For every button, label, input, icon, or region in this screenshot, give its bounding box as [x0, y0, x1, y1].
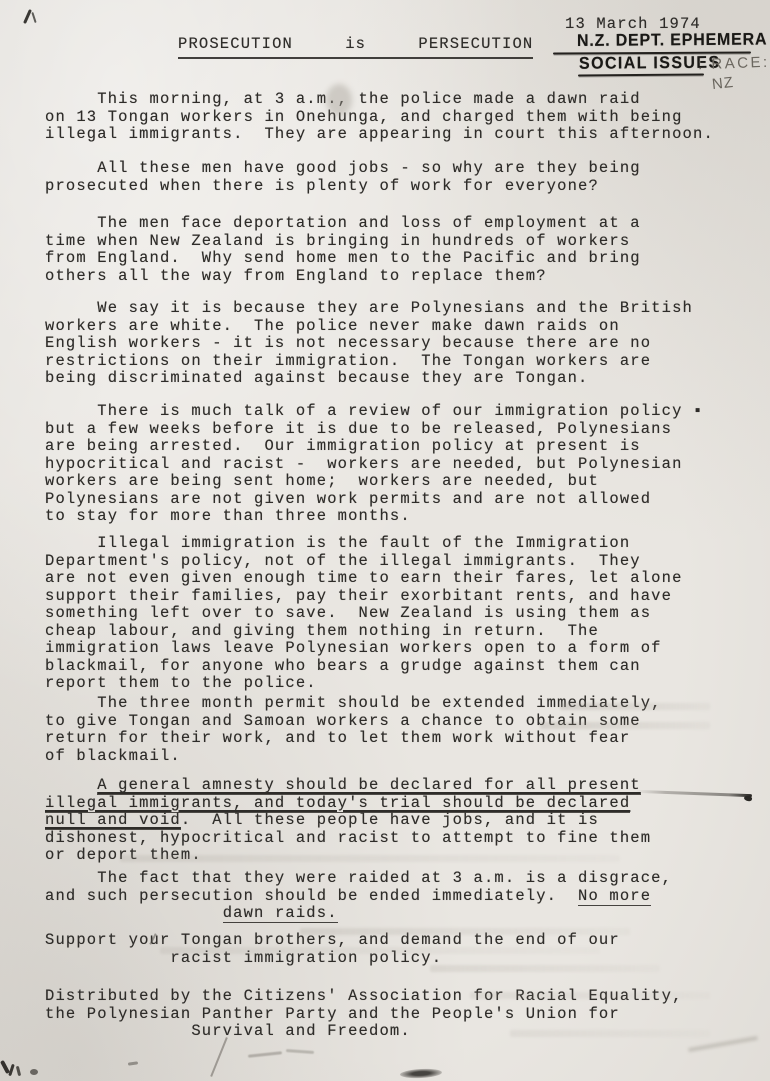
text-segment: The men face deportation and loss of emp…	[45, 214, 641, 232]
text-segment: Polynesians are not given work permits a…	[45, 490, 651, 508]
text-segment: on 13 Tongan workers in Onehunga, and ch…	[45, 108, 683, 126]
text-segment: illegal immigrants, and today's trial sh…	[45, 794, 630, 813]
paragraph: Illegal immigration is the fault of the …	[45, 535, 683, 693]
text-segment: There is much talk of a review of our im…	[45, 402, 703, 420]
paragraph: The fact that they were raided at 3 a.m.…	[45, 870, 672, 923]
text-line: Illegal immigration is the fault of the …	[45, 535, 683, 553]
text-segment: blackmail, for anyone who bears a grudge…	[45, 657, 641, 675]
text-line: We say it is because they are Polynesian…	[45, 300, 693, 318]
paragraph: This morning, at 3 a.m., the police made…	[45, 91, 714, 144]
text-line: workers are being sent home; workers are…	[45, 473, 703, 491]
text-line: on 13 Tongan workers in Onehunga, and ch…	[45, 109, 714, 127]
text-segment: prosecuted when there is plenty of work …	[45, 177, 599, 195]
text-line: to stay for more than three months.	[45, 508, 703, 526]
text-segment: Department's policy, not of the illegal …	[45, 552, 641, 570]
ghost-text-smudge	[160, 947, 600, 954]
text-segment: something left over to save. New Zealand…	[45, 604, 651, 622]
ghost-text-smudge	[540, 722, 710, 729]
smudge-mark	[286, 1049, 314, 1054]
text-segment: others all the way from England to repla…	[45, 267, 547, 285]
text-line: All these men have good jobs - so why ar…	[45, 160, 641, 178]
text-segment: restrictions on their immigration. The T…	[45, 352, 651, 370]
ghost-text-smudge	[430, 965, 660, 972]
text-segment: illegal immigrants. They are appearing i…	[45, 125, 714, 143]
text-segment: but a few weeks before it is due to be r…	[45, 420, 672, 438]
text-segment: the Polynesian Panther Party and the Peo…	[45, 1005, 620, 1023]
text-line: illegal immigrants. They are appearing i…	[45, 126, 714, 144]
ink-smudge	[400, 1068, 442, 1079]
text-line: The fact that they were raided at 3 a.m.…	[45, 870, 672, 888]
paragraph: A general amnesty should be declared for…	[45, 777, 651, 865]
paper-blemish	[326, 84, 352, 116]
ink-dot	[30, 1069, 38, 1075]
text-line: blackmail, for anyone who bears a grudge…	[45, 658, 683, 676]
text-segment: to stay for more than three months.	[45, 507, 411, 525]
text-line: null and void. All these people have job…	[45, 812, 651, 830]
text-line: There is much talk of a review of our im…	[45, 403, 703, 421]
text-line: workers are white. The police never make…	[45, 318, 693, 336]
text-segment: A general amnesty should be declared for…	[97, 776, 640, 795]
text-segment: support their families, pay their exorbi…	[45, 587, 672, 605]
handwritten-category-note: : RACE:	[698, 54, 770, 73]
text-line: of blackmail.	[45, 748, 662, 766]
ink-scribble	[16, 1066, 21, 1076]
text-line: but a few weeks before it is due to be r…	[45, 421, 703, 439]
text-segment: hypocritical and racist - workers are ne…	[45, 455, 683, 473]
text-line: return for their work, and to let them w…	[45, 730, 662, 748]
text-segment: No more	[578, 887, 651, 906]
text-segment: English workers - it is not necessary be…	[45, 334, 651, 352]
text-segment: report them to the police.	[45, 674, 317, 692]
text-line: are being arrested. Our immigration poli…	[45, 438, 703, 456]
text-line: prosecuted when there is plenty of work …	[45, 178, 641, 196]
text-segment: dishonest, hypocritical and racist to at…	[45, 829, 651, 847]
ghost-text-smudge	[560, 703, 710, 710]
text-line: support their families, pay their exorbi…	[45, 588, 683, 606]
text-line: hypocritical and racist - workers are ne…	[45, 456, 703, 474]
archive-stamp-ephemera: N.Z. DEPT. EPHEMERA	[577, 31, 767, 51]
text-segment: are not even given enough time to earn t…	[45, 569, 683, 587]
ink-scribble	[8, 1064, 15, 1076]
ghost-text-smudge	[120, 855, 620, 862]
paragraph: We say it is because they are Polynesian…	[45, 300, 693, 388]
text-segment: of blackmail.	[45, 747, 181, 765]
text-line: This morning, at 3 a.m., the police made…	[45, 91, 714, 109]
handwritten-region-note: NZ	[711, 74, 735, 93]
text-line: English workers - it is not necessary be…	[45, 335, 693, 353]
text-segment: . All these people have jobs, and it is	[181, 811, 599, 829]
text-line: cheap labour, and giving them nothing in…	[45, 623, 683, 641]
paragraph: All these men have good jobs - so why ar…	[45, 160, 641, 195]
text-line: The men face deportation and loss of emp…	[45, 215, 641, 233]
text-line: restrictions on their immigration. The T…	[45, 353, 693, 371]
text-segment: workers are white. The police never make…	[45, 317, 620, 335]
text-segment: dawn raids.	[223, 904, 338, 923]
pen-stroke-mark	[636, 790, 752, 797]
page-title: PROSECUTION is PERSECUTION	[178, 36, 533, 59]
text-segment: The fact that they were raided at 3 a.m.…	[45, 869, 672, 887]
text-line: being discriminated against because they…	[45, 370, 693, 388]
pen-stroke-tip	[743, 795, 752, 802]
text-segment: We say it is because they are Polynesian…	[45, 299, 693, 317]
smudge-mark	[248, 1051, 282, 1058]
scanned-flyer-page: 13 March 1974 N.Z. DEPT. EPHEMERA SOCIAL…	[0, 0, 770, 1081]
text-segment: workers are being sent home; workers are…	[45, 472, 599, 490]
text-segment: All these men have good jobs - so why ar…	[45, 159, 641, 177]
text-line: Department's policy, not of the illegal …	[45, 553, 683, 571]
paragraph: The men face deportation and loss of emp…	[45, 215, 641, 285]
stamp-underline	[578, 73, 704, 76]
text-line: time when New Zealand is bringing in hun…	[45, 233, 641, 251]
smudge-mark	[688, 1036, 758, 1052]
text-line: from England. Why send home men to the P…	[45, 250, 641, 268]
pencil-slash-mark	[210, 1037, 228, 1077]
text-segment: immigration laws leave Polynesian worker…	[45, 639, 662, 657]
text-segment: time when New Zealand is bringing in hun…	[45, 232, 630, 250]
text-segment: Illegal immigration is the fault of the …	[45, 534, 630, 552]
text-segment	[45, 904, 223, 922]
ghost-text-smudge	[470, 992, 710, 999]
paragraph: There is much talk of a review of our im…	[45, 403, 703, 526]
ink-scribble	[31, 12, 36, 23]
text-line: something left over to save. New Zealand…	[45, 605, 683, 623]
text-line: the Polynesian Panther Party and the Peo…	[45, 1006, 683, 1024]
text-segment	[45, 776, 97, 794]
text-line: are not even given enough time to earn t…	[45, 570, 683, 588]
text-line: report them to the police.	[45, 675, 683, 693]
text-line: dishonest, hypocritical and racist to at…	[45, 830, 651, 848]
text-segment: and such persecution should be ended imm…	[45, 887, 578, 905]
text-line: immigration laws leave Polynesian worker…	[45, 640, 683, 658]
text-segment: being discriminated against because they…	[45, 369, 588, 387]
text-line: others all the way from England to repla…	[45, 268, 641, 286]
text-segment: null and void	[45, 811, 181, 830]
text-segment: return for their work, and to let them w…	[45, 729, 630, 747]
text-segment: cheap labour, and giving them nothing in…	[45, 622, 599, 640]
text-line: and such persecution should be ended imm…	[45, 888, 672, 906]
text-line: dawn raids.	[45, 905, 672, 923]
text-line: A general amnesty should be declared for…	[45, 777, 651, 795]
ink-scribble	[23, 9, 32, 24]
ghost-text-smudge	[300, 928, 630, 935]
text-segment: are being arrested. Our immigration poli…	[45, 437, 641, 455]
ghost-text-smudge	[510, 1030, 710, 1037]
ink-dash	[128, 1061, 138, 1065]
text-line: illegal immigrants, and today's trial sh…	[45, 795, 651, 813]
text-segment: from England. Why send home men to the P…	[45, 249, 641, 267]
text-line: Polynesians are not given work permits a…	[45, 491, 703, 509]
